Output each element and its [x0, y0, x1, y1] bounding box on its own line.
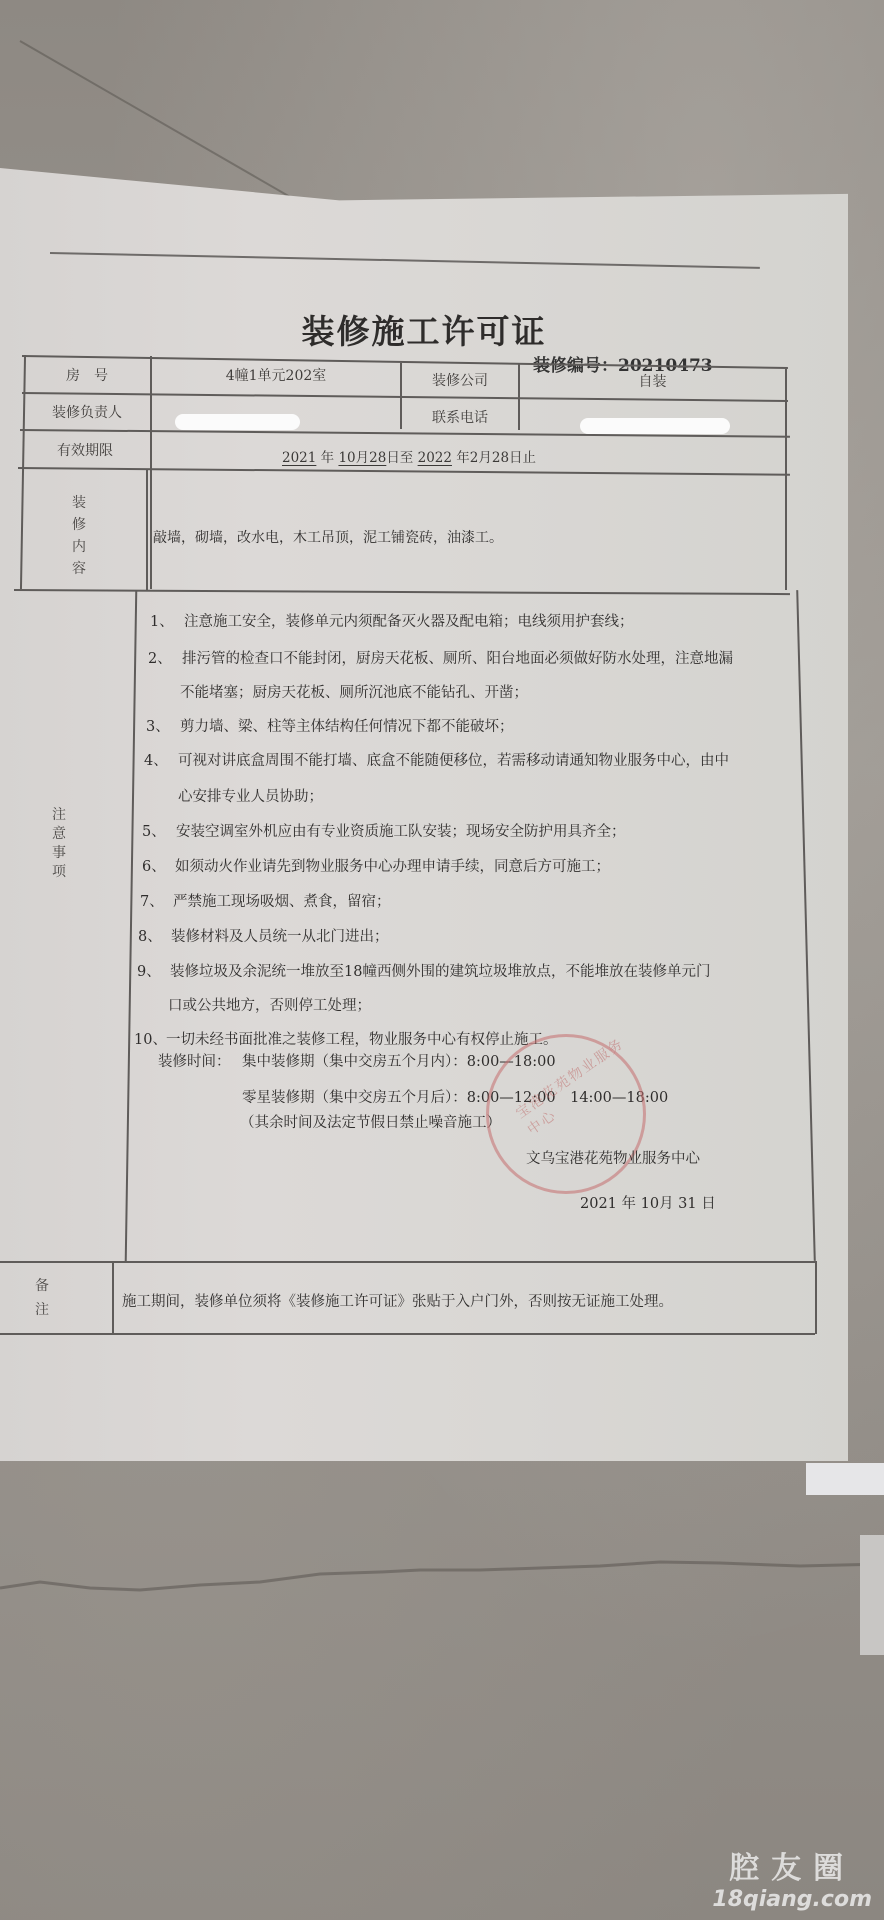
work-hours-note: （其余时间及法定节假日禁止噪音施工） — [240, 1111, 501, 1132]
table-row-divider — [0, 1261, 815, 1263]
table-border-right — [785, 369, 787, 590]
remarks-text: 施工期间，装修单位须将《装修施工许可证》张贴于入户门外，否则按无证施工处理。 — [122, 1290, 673, 1311]
room-value: 4幢1单元202室 — [152, 358, 400, 392]
validity-end: 年2月28日止 — [456, 450, 536, 466]
room-label: 房 号 — [24, 358, 150, 392]
site-watermark: 腔友圈 18qiang.com — [712, 1843, 872, 1912]
validity-period: 2021 年 10月28日至 2022 年2月28日止 — [282, 446, 536, 466]
company-label: 装修公司 — [402, 364, 518, 396]
validity-year-char: 年 — [321, 450, 335, 466]
document-title: 装修施工许可证 — [0, 306, 848, 353]
manager-label: 装修负责人 — [24, 395, 150, 429]
issue-date: 2021 年 10月 31 日 — [580, 1192, 716, 1213]
company-value: 自装 — [520, 364, 785, 398]
table-border-right — [815, 1261, 817, 1334]
table-label-column-divider — [146, 470, 148, 590]
validity-to: 日至 — [386, 450, 413, 466]
work-hours-label: 装修时间： — [158, 1050, 231, 1071]
validity-start-date: 10月28 — [338, 450, 386, 466]
table-label-column-divider — [112, 1261, 114, 1334]
content-label: 装 修 内 容 — [72, 492, 86, 580]
watermark-url: 18qiang.com — [712, 1887, 872, 1912]
window-frame — [860, 1535, 884, 1655]
notices-label: 注 意 事 项 — [52, 806, 66, 882]
watermark-logo-text: 腔友圈 — [712, 1843, 872, 1887]
validity-start-year: 2021 — [282, 450, 316, 466]
phone-value-redacted — [580, 418, 730, 434]
official-stamp: 宝港花苑物业服务中心 — [486, 1034, 646, 1194]
wall-crack — [0, 1560, 884, 1600]
validity-end-year: 2022 — [418, 450, 452, 466]
validity-label: 有效期限 — [22, 432, 148, 467]
phone-label: 联系电话 — [402, 401, 518, 433]
issuer-name: 文乌宝港花苑物业服务中心 — [526, 1147, 700, 1168]
window-light — [806, 1463, 884, 1495]
remarks-label: 备 注 — [35, 1274, 49, 1322]
manager-value-redacted — [175, 414, 300, 430]
renovation-content: 敲墙，砌墙，改水电，木工吊顶，泥工铺瓷砖，油漆工。 — [153, 527, 503, 547]
table-border-bottom — [0, 1333, 815, 1335]
